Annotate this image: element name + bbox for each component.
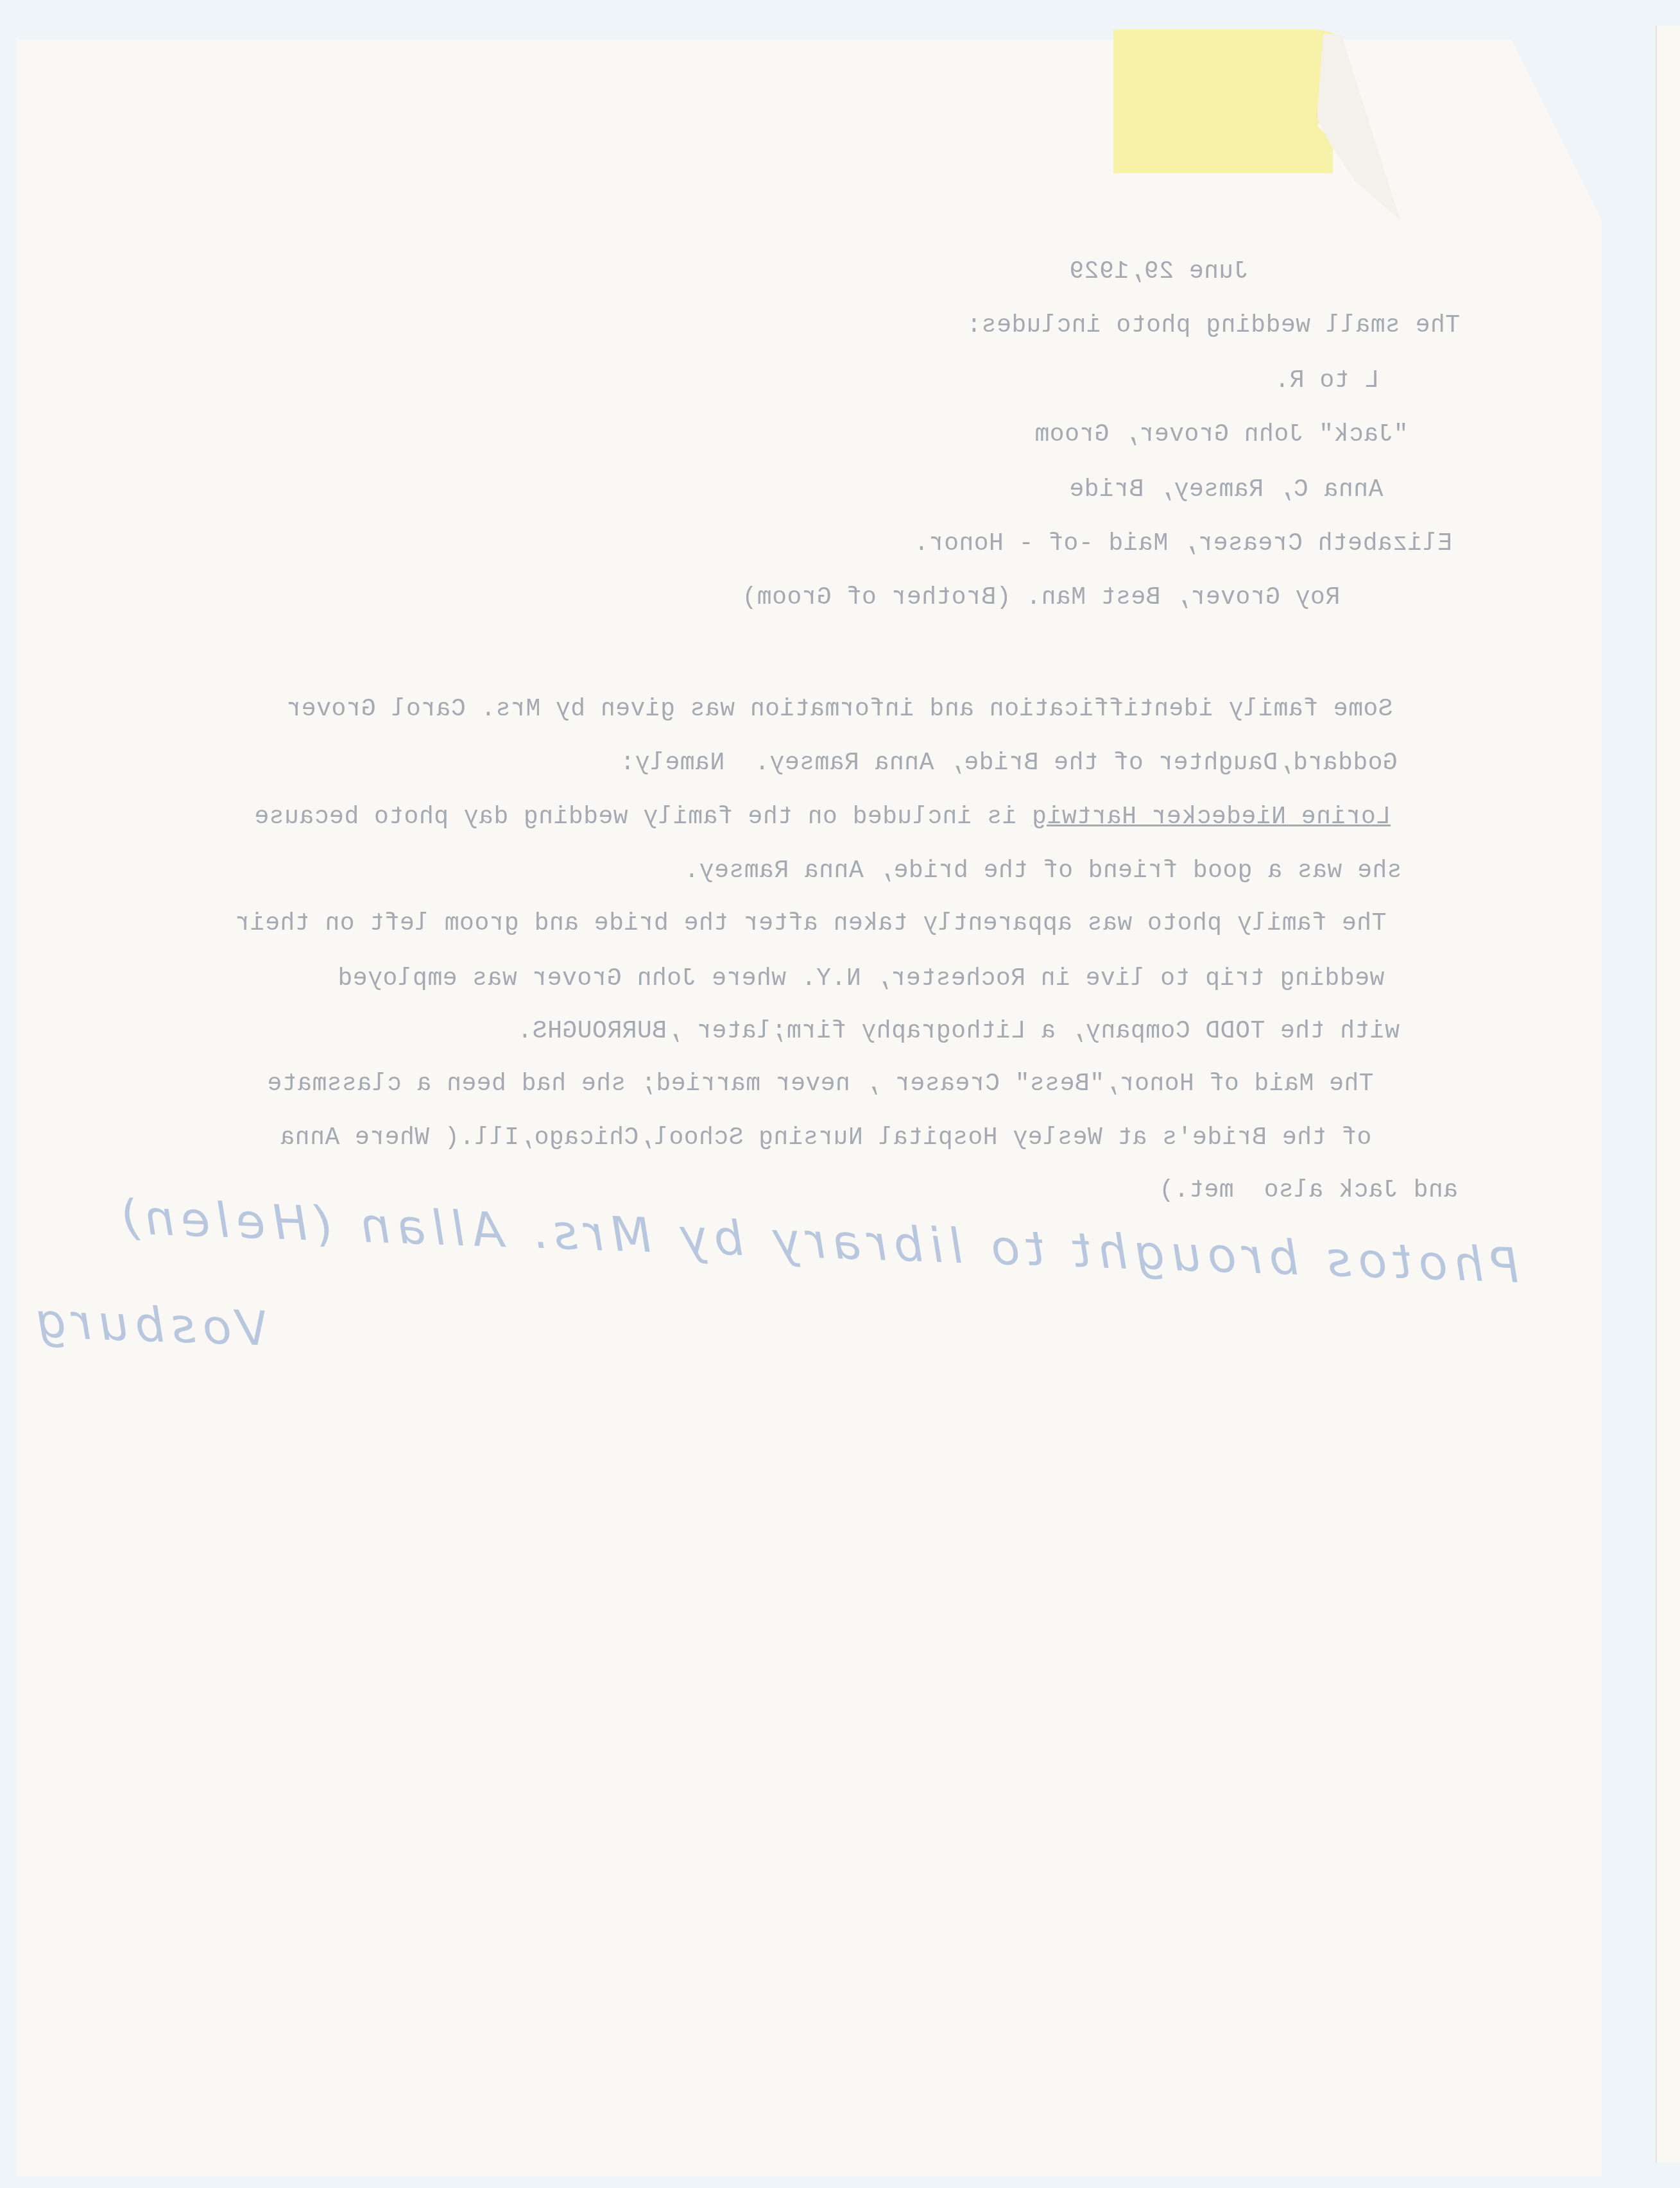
body-line-6: wedding trip to live in Rochester, N.Y. … <box>338 965 1384 993</box>
caption-person-1: "Jack" John Grover, Groom <box>1034 421 1409 449</box>
adjacent-sheet-edge <box>1656 26 1680 2162</box>
caption-person-4: Roy Grover, Best Man. (Brother of Groom) <box>742 584 1340 611</box>
body-line-10: and Jack also met.) <box>1159 1177 1458 1204</box>
body-line-3: Lorine Niedecker Hartwig is included on … <box>254 803 1391 831</box>
body-line-5: The family photo was apparently taken af… <box>235 910 1386 937</box>
caption-person-2: Anna C, Ramsey, Bride <box>1069 476 1383 504</box>
body-line-7: with the TODD Company, a Lithography fir… <box>517 1018 1400 1045</box>
body-line-3-rest: is included on the family wedding day ph… <box>254 803 1032 831</box>
caption-person-3: Elizabeth Creaser, Maid -of - Honor. <box>914 530 1452 558</box>
body-line-8: The Maid of Honor,"Bess" Creaser , never… <box>267 1070 1373 1098</box>
underlined-name: Lorine Niedecker Hartwig <box>1032 803 1391 831</box>
body-line-1: Some family identiffication and informat… <box>286 696 1393 723</box>
document-date: June 29,1929 <box>1069 258 1249 286</box>
caption-order: L to R. <box>1274 367 1379 395</box>
document-page: June 29,1929 The small wedding photo inc… <box>17 40 1608 2176</box>
body-line-2: Goddard,Daughter of the Bride, Anna Rams… <box>620 749 1398 777</box>
caption-intro: The small wedding photo includes: <box>966 312 1460 339</box>
handwritten-note-line-1: Photos brought to library by Mrs. Allan … <box>112 1190 1520 1294</box>
yellow-tape <box>1113 30 1333 173</box>
handwritten-note-line-2: Vosburg <box>29 1294 269 1357</box>
body-line-9: of the Bride's at Wesley Hospital Nursin… <box>280 1124 1371 1152</box>
body-line-4: she was a good friend of the bride, Anna… <box>684 857 1402 885</box>
